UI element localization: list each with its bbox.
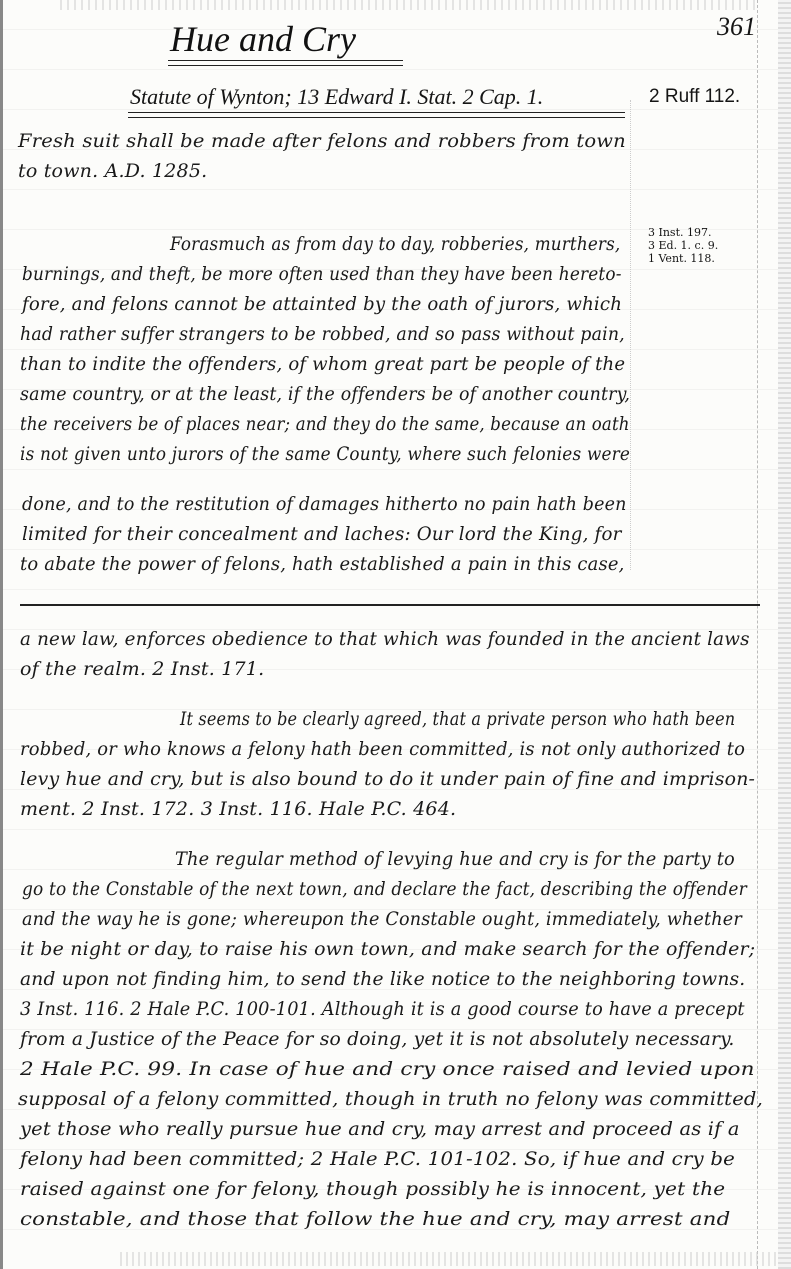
margin-rule xyxy=(630,100,632,570)
text-line: 2 Hale P.C. 99. In case of hue and cry o… xyxy=(20,1058,755,1080)
text-line: the receivers be of places near; and the… xyxy=(20,413,630,435)
scan-noise-bottom xyxy=(120,1252,780,1266)
right-rule xyxy=(757,0,759,1269)
text-line: done, and to the restitution of damages … xyxy=(22,493,627,515)
text-line: than to indite the offenders, of whom gr… xyxy=(20,353,625,375)
text-line: levy hue and cry, but is also bound to d… xyxy=(20,768,755,790)
margin-note: 1 Vent. 118. xyxy=(648,252,718,265)
text-line: it be night or day, to raise his own tow… xyxy=(20,938,755,960)
text-line: supposal of a felony committed, though i… xyxy=(18,1088,763,1110)
text-line: Forasmuch as from day to day, robberies,… xyxy=(170,233,620,255)
text-line: 3 Inst. 116. 2 Hale P.C. 100-101. Althou… xyxy=(20,998,745,1020)
text-line: is not given unto jurors of the same Cou… xyxy=(20,443,630,465)
text-line: and upon not finding him, to send the li… xyxy=(20,968,745,990)
text-line: felony had been committed; 2 Hale P.C. 1… xyxy=(20,1148,735,1170)
statute-reference: 2 Ruff 112. xyxy=(649,86,740,108)
page-number: 361 xyxy=(717,12,756,42)
margin-note: 3 Ed. 1. c. 9. xyxy=(648,239,718,252)
margin-notes: 3 Inst. 197. 3 Ed. 1. c. 9. 1 Vent. 118. xyxy=(648,226,718,265)
page-title: Hue and Cry xyxy=(170,18,356,60)
page-left-edge xyxy=(0,0,3,1269)
text-line: The regular method of levying hue and cr… xyxy=(175,848,735,870)
text-line: burnings, and theft, be more often used … xyxy=(22,263,622,285)
statute-heading-underline xyxy=(128,112,625,118)
text-line: yet those who really pursue hue and cry,… xyxy=(20,1118,740,1140)
text-line: ment. 2 Inst. 172. 3 Inst. 116. Hale P.C… xyxy=(20,798,456,820)
text-line: a new law, enforces obedience to that wh… xyxy=(20,628,750,650)
text-line: had rather suffer strangers to be robbed… xyxy=(20,323,625,345)
scanned-page: Hue and Cry 361 Statute of Wynton; 13 Ed… xyxy=(0,0,791,1269)
text-line: raised against one for felony, though po… xyxy=(20,1178,725,1200)
text-line: limited for their concealment and laches… xyxy=(22,523,622,545)
text-line: go to the Constable of the next town, an… xyxy=(22,878,747,900)
text-line: constable, and those that follow the hue… xyxy=(20,1208,731,1230)
text-line: to town. A.D. 1285. xyxy=(18,160,207,182)
text-line: Fresh suit shall be made after felons an… xyxy=(18,130,626,152)
section-divider xyxy=(20,604,760,606)
text-line: to abate the power of felons, hath estab… xyxy=(20,553,625,575)
margin-note: 3 Inst. 197. xyxy=(648,226,718,239)
text-line: of the realm. 2 Inst. 171. xyxy=(20,658,264,680)
title-underline xyxy=(168,60,403,66)
statute-heading: Statute of Wynton; 13 Edward I. Stat. 2 … xyxy=(130,84,543,110)
text-line: robbed, or who knows a felony hath been … xyxy=(20,738,745,760)
scan-noise-top xyxy=(60,0,760,10)
text-line: It seems to be clearly agreed, that a pr… xyxy=(180,708,735,730)
page-right-edge xyxy=(778,0,791,1269)
text-line: fore, and felons cannot be attainted by … xyxy=(22,293,622,315)
text-line: and the way he is gone; whereupon the Co… xyxy=(22,908,742,930)
text-line: from a Justice of the Peace for so doing… xyxy=(20,1028,735,1050)
text-line: same country, or at the least, if the of… xyxy=(20,383,630,405)
